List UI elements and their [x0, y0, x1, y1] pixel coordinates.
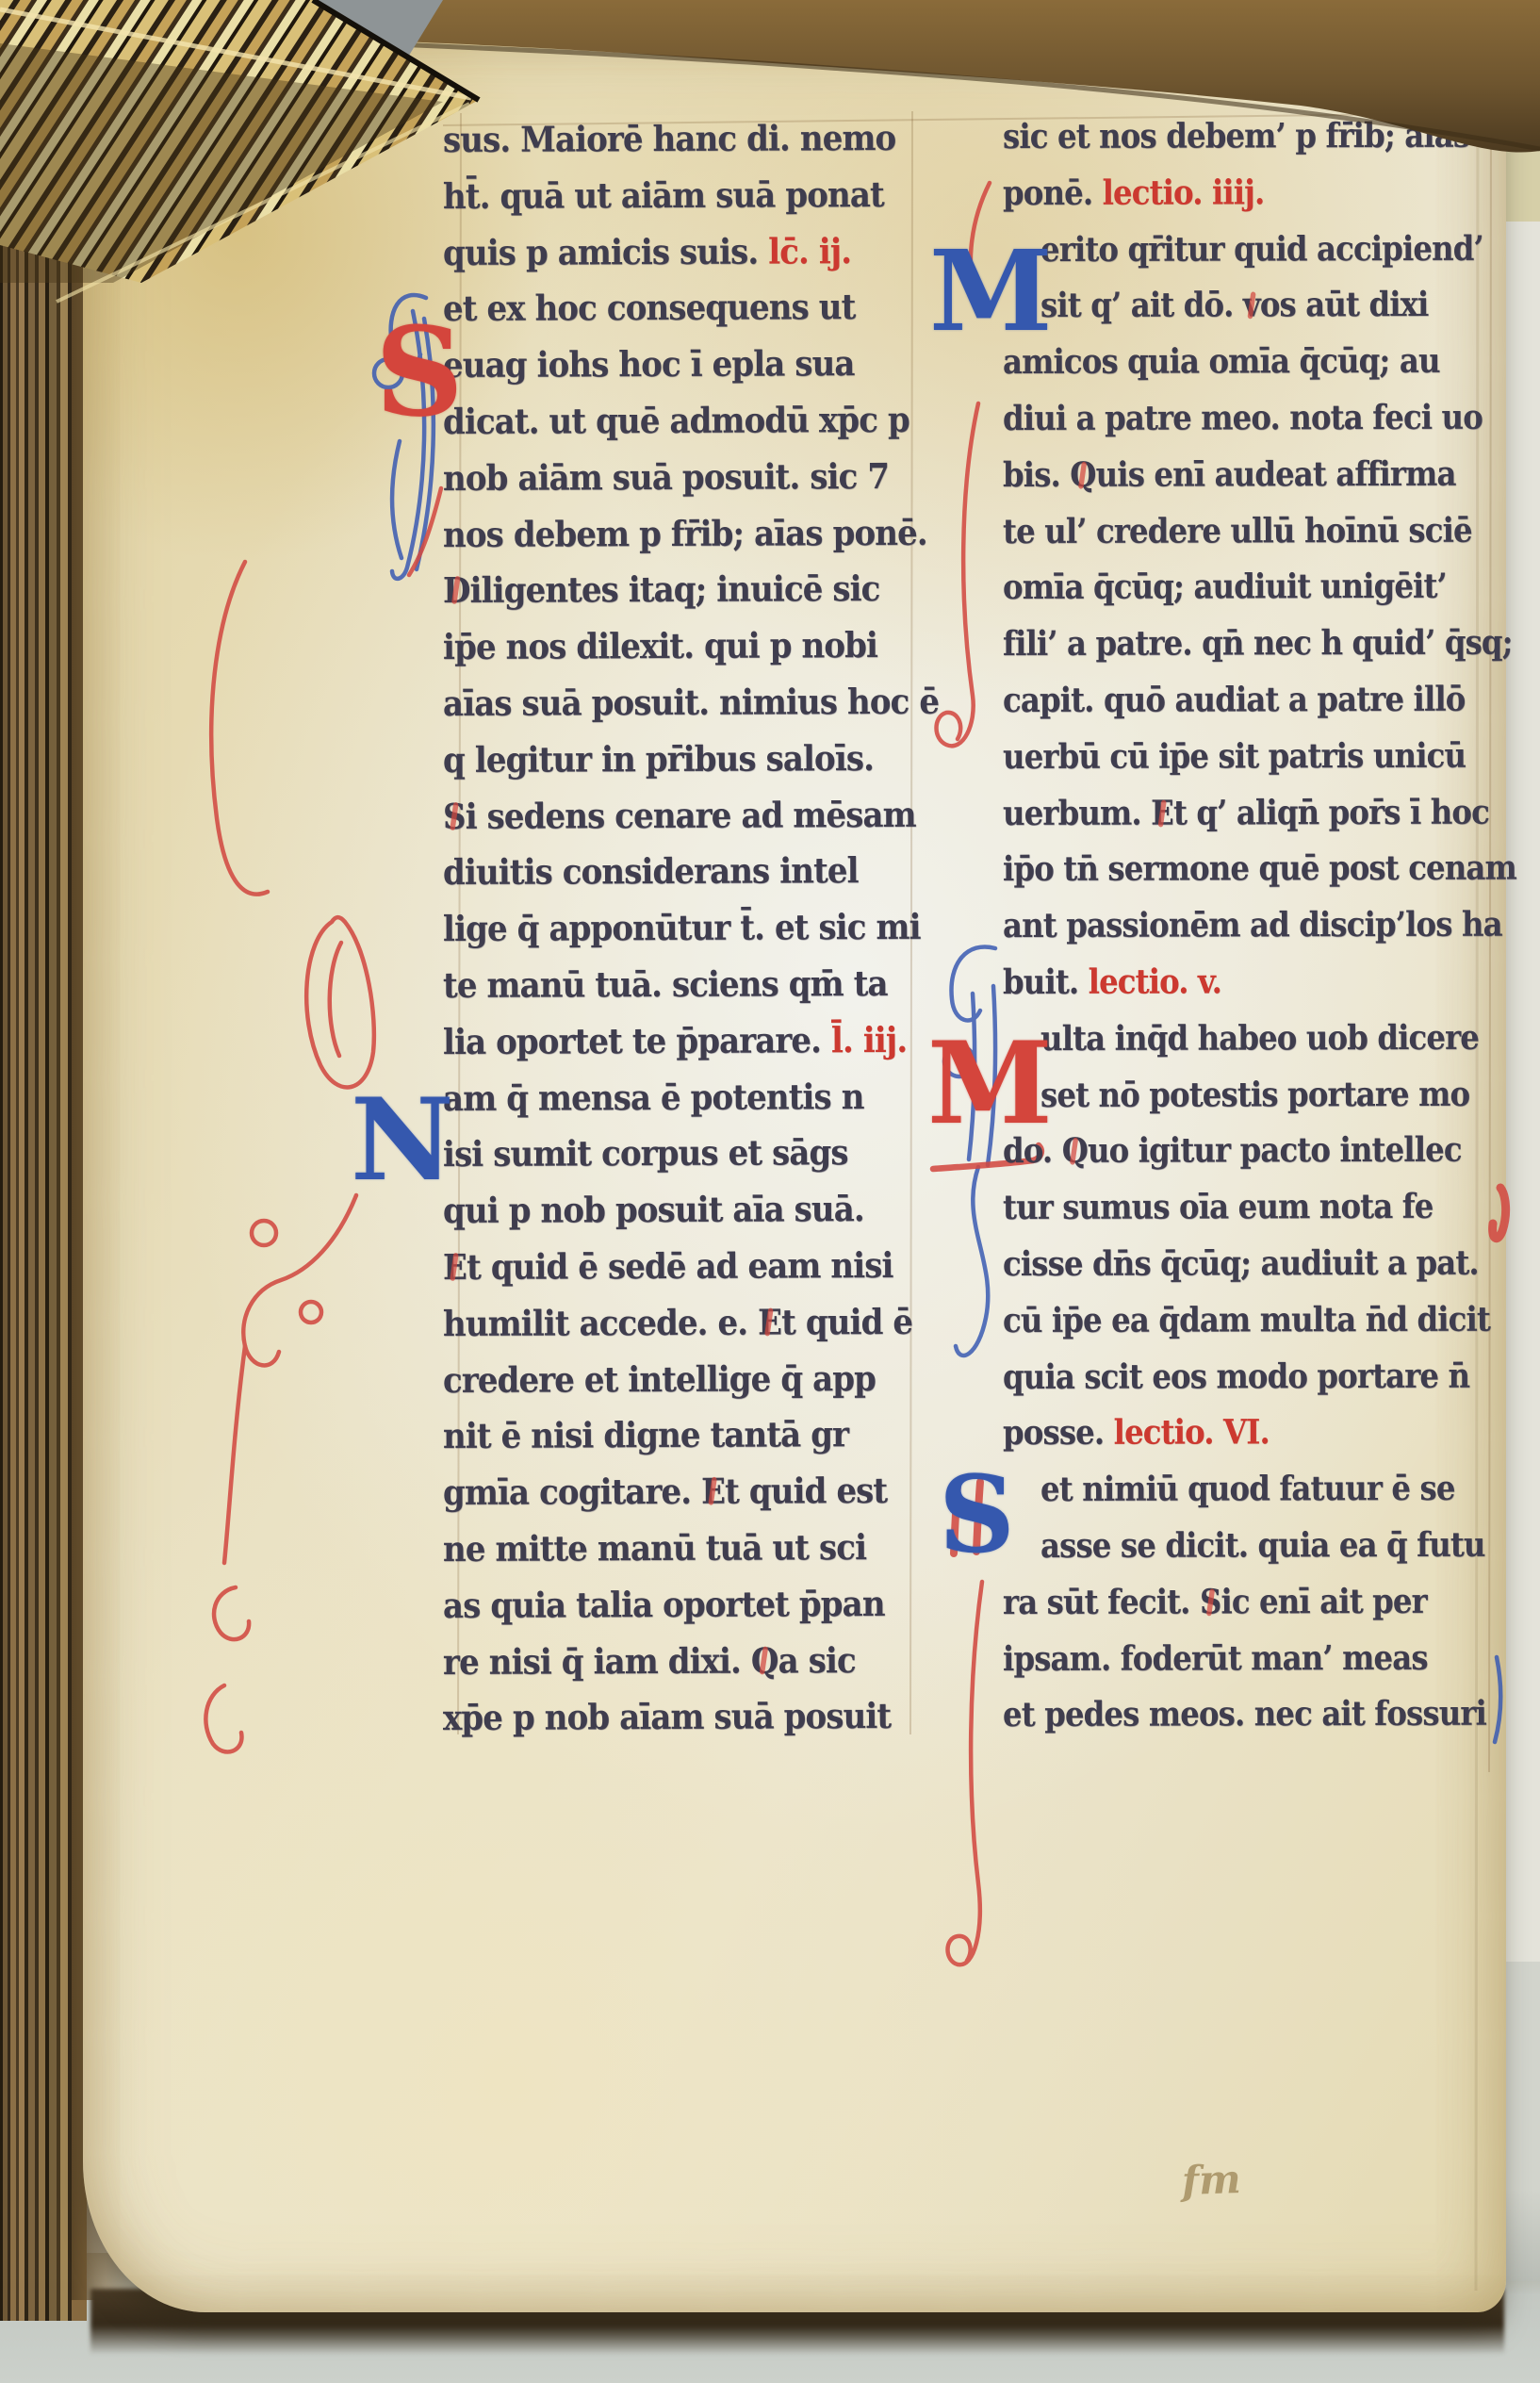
body-text: diui a patre meo. nota feci uo [1003, 398, 1483, 438]
body-text: euag iohs hoc ī epla sua [443, 342, 855, 386]
body-text: E [758, 1301, 781, 1342]
body-text: humilit accede. e. [443, 1301, 758, 1343]
manuscript-line: nob aiām suā posuit. sic 7 [443, 455, 889, 499]
manuscript-line: et nimiū quod fatuur ē se [1040, 1469, 1455, 1509]
manuscript-line: diui a patre meo. nota feci uo [1003, 398, 1483, 438]
manuscript-line: uerbum. Et q’ aliqn̄ por̄s ī hoc [1003, 792, 1489, 832]
body-text: sic et nos debem’ p fr̄ib; aīas [1003, 116, 1469, 156]
manuscript-line: nos debem p fr̄ib; aīas ponē. [443, 511, 927, 554]
manuscript-line: uerbū cū ip̄e sit patris unicū [1003, 736, 1466, 777]
body-text: ht̄. quā ut aiām suā ponat [443, 173, 884, 217]
body-text: posse. [1003, 1413, 1114, 1453]
manuscript-line: set nō potestis portare mo [1040, 1074, 1469, 1114]
manuscript-line: sic et nos debem’ p fr̄ib; aīas [1003, 116, 1469, 156]
body-text: Q [1070, 455, 1095, 495]
rubric-text: lectio. iiij. [1103, 173, 1265, 212]
manuscript-line: sit q’ ait dō. vos aūt dixi [1040, 285, 1429, 325]
body-text: uerbū cū ip̄e sit patris unicū [1003, 736, 1466, 777]
manuscript-line: erito qr̄itur quid accipiend’ [1040, 228, 1483, 269]
body-text: isi sumit corpus et sāgs [443, 1132, 848, 1175]
body-text: S [443, 795, 466, 836]
manuscript-line: am q̄ mensa ē potentis n [443, 1076, 864, 1119]
body-text: te ul’ credere ullū hoīnū sciē [1003, 510, 1472, 551]
body-text: ip̄e nos dilexit. qui p nobi [443, 624, 877, 667]
body-text: t quid ē sedē ad eam nisi [467, 1244, 893, 1288]
body-text: sus. Maiorē hanc di. nemo [443, 117, 895, 160]
manuscript-line: humilit accede. e. Et quid ē [443, 1301, 912, 1344]
manuscript-line: bis. Quis enī audeat affirma [1003, 454, 1456, 495]
body-text: nob aiām suā posuit. sic 7 [443, 455, 889, 499]
manuscript-line: et ex hoc consequens ut [443, 286, 856, 329]
manuscript-line: re nisi q̄ iam dixi. Qa sic [443, 1639, 856, 1683]
manuscript-line: ra sūt fecit. Sic enī ait per [1003, 1582, 1427, 1622]
body-text: asse se dicit. quia ea q̄ futu [1040, 1525, 1485, 1566]
body-text: t quid ē [781, 1301, 912, 1343]
body-text: amicos quia omīa q̄cūq; au [1003, 341, 1440, 382]
body-text: set nō potestis portare mo [1040, 1074, 1469, 1114]
body-text: t quid est [725, 1470, 887, 1512]
decorated-initial-m: M [927, 1027, 1053, 1141]
body-text: gmīa cogitare. [443, 1471, 701, 1513]
manuscript-photo: sus. Maiorē hanc di. nemoht̄. quā ut aiā… [0, 0, 1540, 2383]
manuscript-line: ulta inq̄d habeo uob dicere [1040, 1018, 1479, 1059]
manuscript-line: Si sedens cenare ad mēsam [443, 793, 916, 836]
body-text: et ex hoc consequens ut [443, 286, 856, 329]
manuscript-line: buit. lectio. v. [1003, 961, 1221, 1002]
body-text: diuitis considerans intel [443, 849, 859, 893]
manuscript-line: et pedes meos. nec ait fossuri [1003, 1694, 1486, 1734]
manuscript-line: qui p nob posuit aīa suā. [443, 1188, 864, 1231]
body-text: sit q’ ait dō. [1040, 286, 1243, 326]
manuscript-line: posse. lectio. VI. [1003, 1413, 1270, 1454]
body-text: omīa q̄cūq; audiuit unigēit’ [1003, 567, 1447, 607]
manuscript-line: te manū tuā. sciens qm̄ ta [443, 962, 888, 1006]
body-text: uo igitur pacto intellec [1088, 1130, 1462, 1171]
body-text: lige q̄ apponūtur t̄. et sic mi [443, 906, 921, 949]
quire-mark: fm [1181, 2156, 1241, 2204]
body-text: xp̄e p nob aīam suā posuit [443, 1695, 891, 1738]
body-text: quia scit eos modo portare n̄ [1003, 1356, 1469, 1396]
manuscript-line: quis p amicis suis. lc̄. ij. [443, 230, 851, 273]
manuscript-line: Diligentes itaq; inuicē sic [443, 567, 880, 611]
manuscript-line: amicos quia omīa q̄cūq; au [1003, 341, 1440, 382]
body-text: credere et intellige q̄ app [443, 1357, 876, 1401]
body-text: ipsam. foderūt man’ meas [1003, 1637, 1428, 1678]
manuscript-line: aīas suā posuit. nimius hoc ē [443, 681, 939, 724]
body-text: et nimiū quod fatuur ē se [1040, 1469, 1455, 1509]
manuscript-line: gmīa cogitare. Et quid est [443, 1470, 887, 1513]
manuscript-line: do. Quo igitur pacto intellec [1003, 1130, 1462, 1171]
body-text: re nisi q̄ iam dixi. [443, 1639, 751, 1682]
manuscript-line: xp̄e p nob aīam suā posuit [443, 1695, 891, 1738]
manuscript-line: nit ē nisi digne tantā gr [443, 1414, 848, 1457]
manuscript-line: quia scit eos modo portare n̄ [1003, 1356, 1469, 1396]
body-text: E [443, 1246, 467, 1288]
manuscript-line: euag iohs hoc ī epla sua [443, 342, 855, 386]
manuscript-line: cisse dn̄s q̄cūq; audiuit a pat. [1003, 1243, 1479, 1284]
body-text: cū ip̄e ea q̄dam multa n̄d dicit [1003, 1299, 1490, 1339]
decorated-initial-s: S [939, 1463, 1015, 1569]
body-text: qui p nob posuit aīa suā. [443, 1188, 864, 1231]
body-text: et pedes meos. nec ait fossuri [1003, 1694, 1486, 1734]
body-text: lia oportet te p̄parare. [443, 1019, 831, 1062]
body-text: tur sumus oīa eum nota fe [1003, 1187, 1434, 1227]
body-text: fili’ a patre. qn̄ nec h quid’ q̄sq; [1003, 623, 1513, 664]
body-text: D [443, 569, 470, 611]
rubric-text: lectio. v. [1089, 961, 1221, 1001]
body-text: aīas suā posuit. nimius hoc ē [443, 681, 939, 724]
decorated-initial-s: S [375, 311, 464, 434]
manuscript-line: diuitis considerans intel [443, 849, 859, 893]
body-text: quis p amicis suis. [443, 230, 768, 273]
rubric-text: lectio. VI. [1114, 1413, 1270, 1453]
manuscript-line: fili’ a patre. qn̄ nec h quid’ q̄sq; [1003, 623, 1513, 664]
body-text: bis. [1003, 455, 1070, 495]
manuscript-line: q legitur in pr̄ibus saloīs. [443, 737, 874, 781]
manuscript-line: te ul’ credere ullū hoīnū sciē [1003, 510, 1472, 551]
body-text: uis enī audeat affirma [1096, 454, 1456, 495]
body-text: q legitur in pr̄ibus saloīs. [443, 737, 874, 781]
manuscript-line: ip̄o tn̄ sermone quē post cenam [1003, 848, 1516, 889]
body-text: ic enī ait per [1221, 1582, 1426, 1622]
manuscript-line: ne mitte manū tuā ut sci [443, 1526, 866, 1569]
body-text: capit. quō audiat a patre illō [1003, 680, 1466, 720]
manuscript-line: sus. Maiorē hanc di. nemo [443, 117, 895, 160]
manuscript-line: isi sumit corpus et sāgs [443, 1132, 848, 1175]
body-text: ulta inq̄d habeo uob dicere [1040, 1018, 1479, 1059]
rubric-text: lc̄. ij. [768, 230, 851, 271]
manuscript-line: lige q̄ apponūtur t̄. et sic mi [443, 906, 921, 949]
body-text: ne mitte manū tuā ut sci [443, 1526, 866, 1569]
manuscript-line: Et quid ē sedē ad eam nisi [443, 1244, 893, 1288]
body-text: v [1243, 286, 1260, 325]
decorated-initial-m: M [929, 236, 1053, 347]
manuscript-line: as quia talia oportet p̄pan [443, 1583, 885, 1626]
decorated-initial-n: N [351, 1084, 454, 1197]
body-text: a sic [778, 1639, 855, 1681]
body-text: te manū tuā. sciens qm̄ ta [443, 962, 888, 1006]
rubric-text: l̄. iij. [831, 1019, 907, 1060]
manuscript-line: ip̄e nos dilexit. qui p nobi [443, 624, 877, 667]
body-text: ip̄o tn̄ sermone quē post cenam [1003, 848, 1516, 889]
body-text: E [1151, 793, 1173, 832]
manuscript-line: capit. quō audiat a patre illō [1003, 680, 1466, 720]
manuscript-line: ht̄. quā ut aiām suā ponat [443, 173, 884, 217]
manuscript-line: asse se dicit. quia ea q̄ futu [1040, 1525, 1485, 1566]
manuscript-line: credere et intellige q̄ app [443, 1357, 876, 1401]
manuscript-line: cū ip̄e ea q̄dam multa n̄d dicit [1003, 1299, 1490, 1339]
body-text: E [701, 1471, 725, 1512]
body-text: uerbum. [1003, 793, 1151, 832]
body-text: as quia talia oportet p̄pan [443, 1583, 885, 1626]
manuscript-line: ipsam. foderūt man’ meas [1003, 1637, 1428, 1678]
body-text: nit ē nisi digne tantā gr [443, 1414, 848, 1457]
body-text: S [1200, 1582, 1221, 1621]
manuscript-line: ponē. lectio. iiij. [1003, 173, 1264, 213]
manuscript-line: omīa q̄cūq; audiuit unigēit’ [1003, 567, 1447, 607]
body-text: Q [1062, 1131, 1088, 1171]
body-text: dicat. ut quē admodū xp̄c p [443, 399, 909, 442]
body-text: ant passionēm ad discip’los ha [1003, 905, 1502, 945]
body-text: Q [751, 1639, 778, 1681]
body-text: cisse dn̄s q̄cūq; audiuit a pat. [1003, 1243, 1479, 1284]
body-text: iligentes itaq; inuicē sic [470, 567, 880, 611]
body-text: t q’ aliqn̄ por̄s ī hoc [1173, 792, 1489, 832]
body-text: i sedens cenare ad mēsam [466, 793, 916, 836]
manuscript-line: dicat. ut quē admodū xp̄c p [443, 399, 909, 442]
body-text: nos debem p fr̄ib; aīas ponē. [443, 511, 927, 554]
facing-leaves-edge [1502, 0, 1540, 2281]
body-text: os aūt dixi [1260, 285, 1429, 324]
body-text: ponē. [1003, 173, 1103, 213]
body-text: erito qr̄itur quid accipiend’ [1040, 228, 1483, 269]
manuscript-line: tur sumus oīa eum nota fe [1003, 1187, 1434, 1227]
manuscript-line: lia oportet te p̄parare. l̄. iij. [443, 1019, 907, 1062]
body-text: buit. [1003, 962, 1089, 1002]
manuscript-line: ant passionēm ad discip’los ha [1003, 905, 1502, 945]
body-text: am q̄ mensa ē potentis n [443, 1076, 864, 1119]
body-text: ra sūt fecit. [1003, 1582, 1200, 1622]
